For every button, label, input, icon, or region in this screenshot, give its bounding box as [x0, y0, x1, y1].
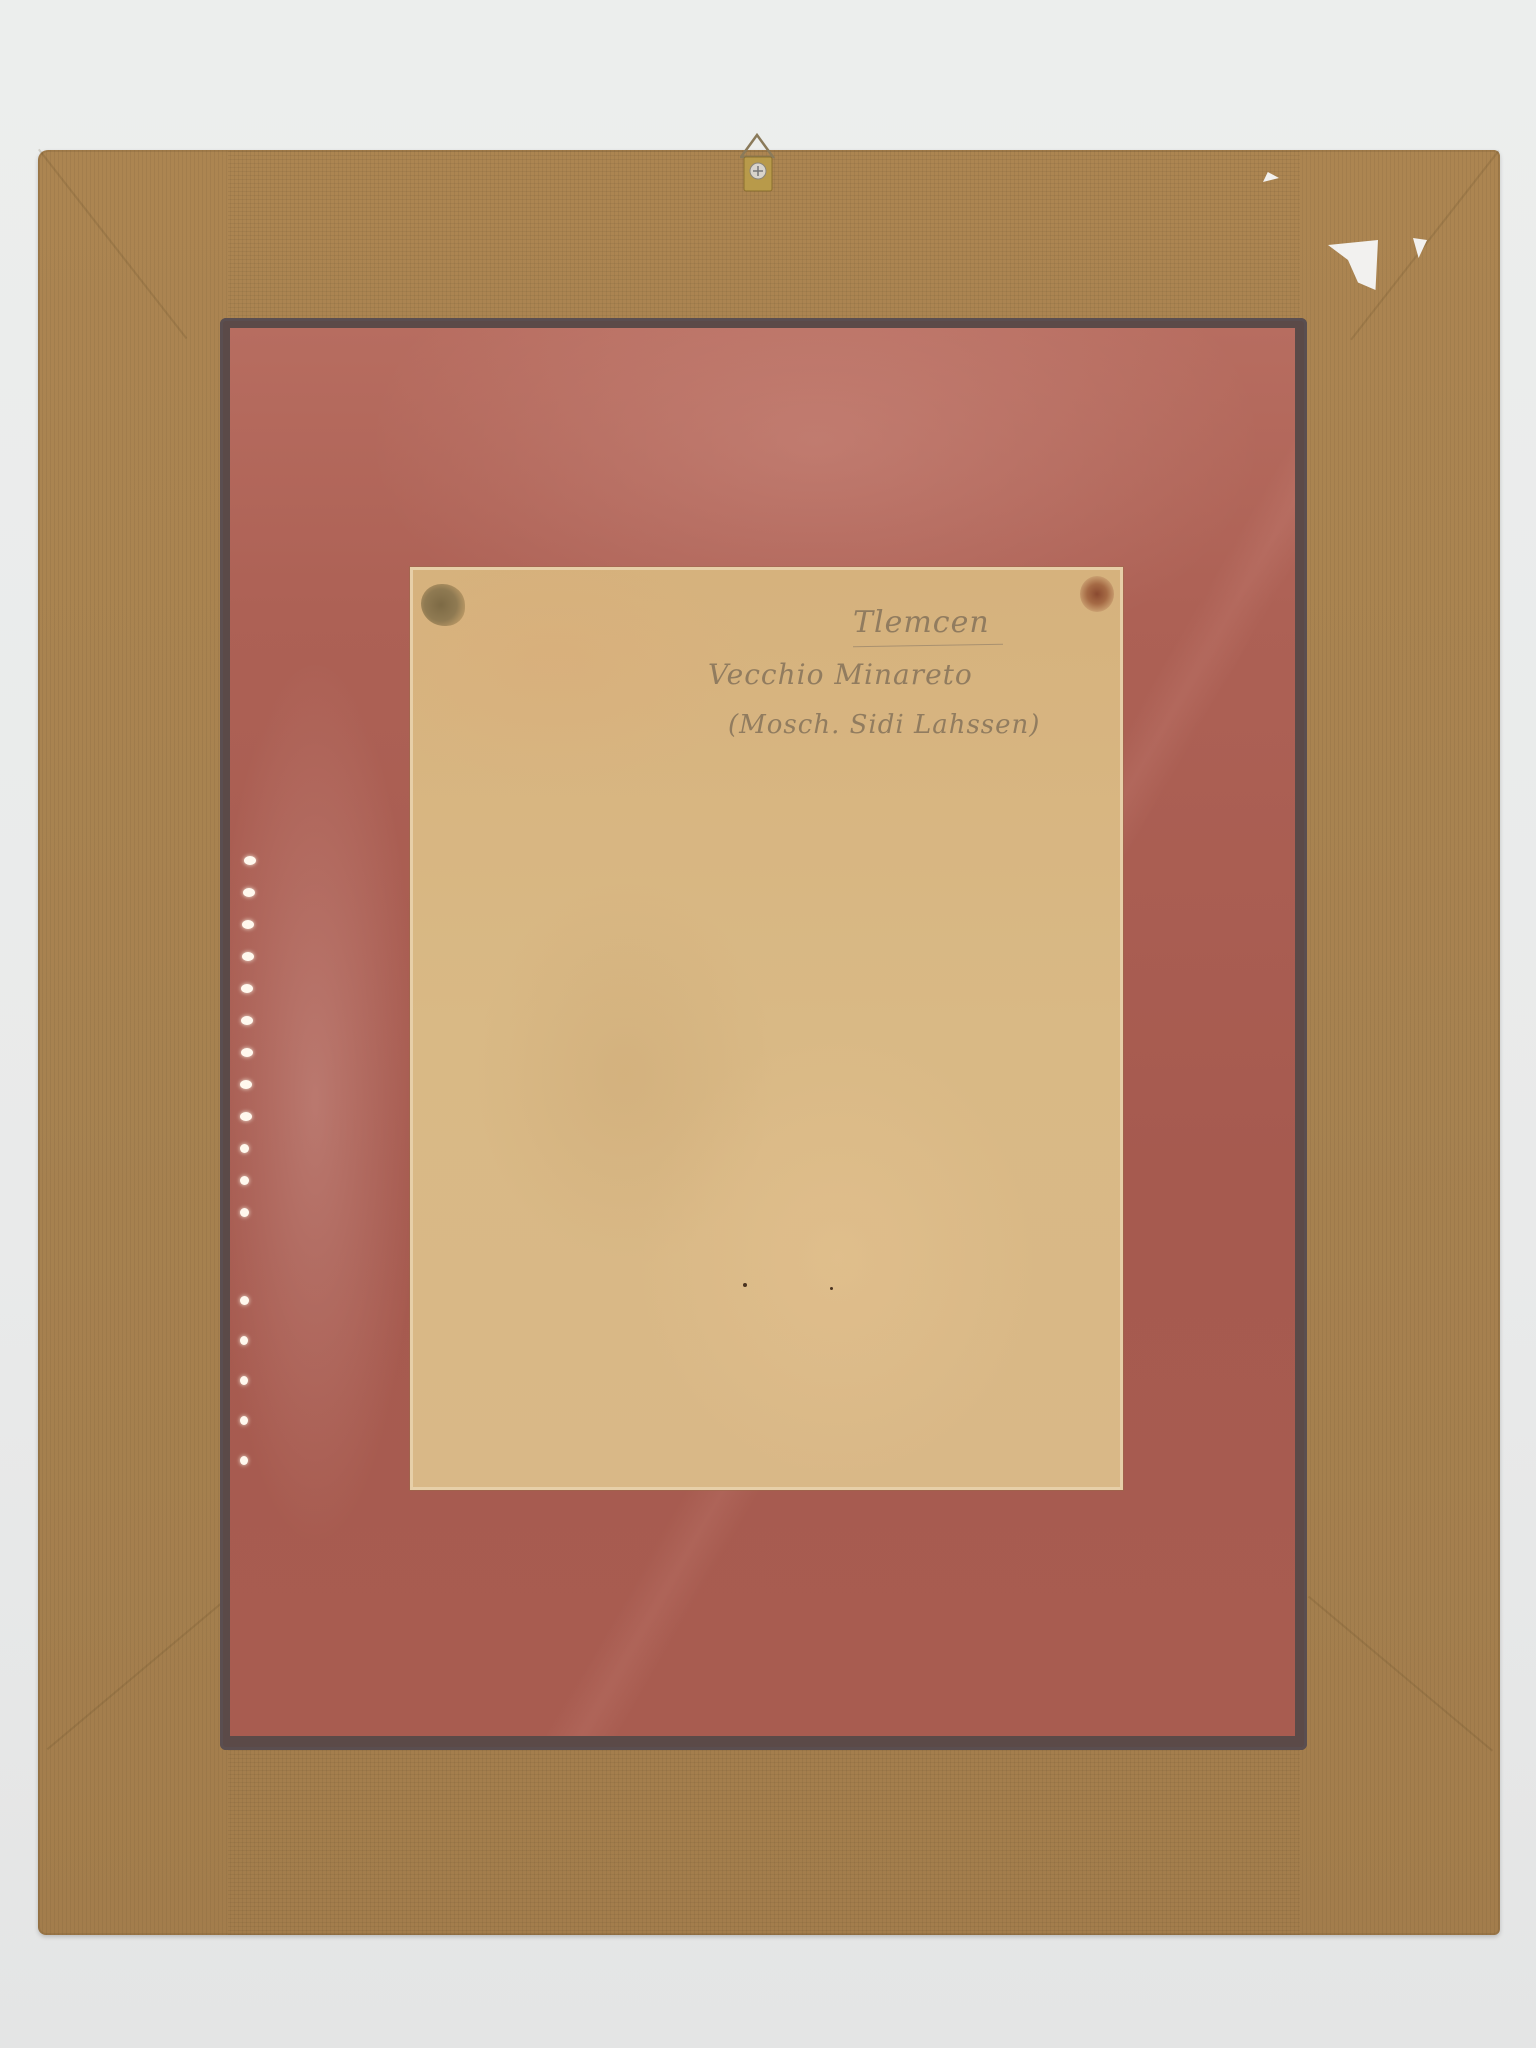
- stain-top-left: [421, 584, 465, 626]
- stain-top-right: [1080, 576, 1114, 612]
- miter-line: [1308, 1596, 1493, 1752]
- inscription-line-1: Tlemcen: [853, 605, 990, 640]
- miter-line: [38, 149, 187, 339]
- hanger-icon: [740, 133, 775, 193]
- speck: [830, 1287, 833, 1290]
- inscription-line-3: (Mosch. Sidi Lahssen): [728, 710, 1040, 740]
- inscription-line-2: Vecchio Minareto: [708, 658, 973, 691]
- speck: [743, 1283, 747, 1287]
- glare-dots: [240, 856, 260, 1636]
- hanger-hook: [740, 133, 775, 193]
- miter-line: [47, 1594, 232, 1750]
- torn-patch: [1328, 240, 1378, 290]
- frame-bottom-strip: [228, 1750, 1300, 1935]
- paper-texture: [413, 570, 1120, 1487]
- artwork-backside-paper: Tlemcen Vecchio Minareto (Mosch. Sidi La…: [413, 570, 1120, 1487]
